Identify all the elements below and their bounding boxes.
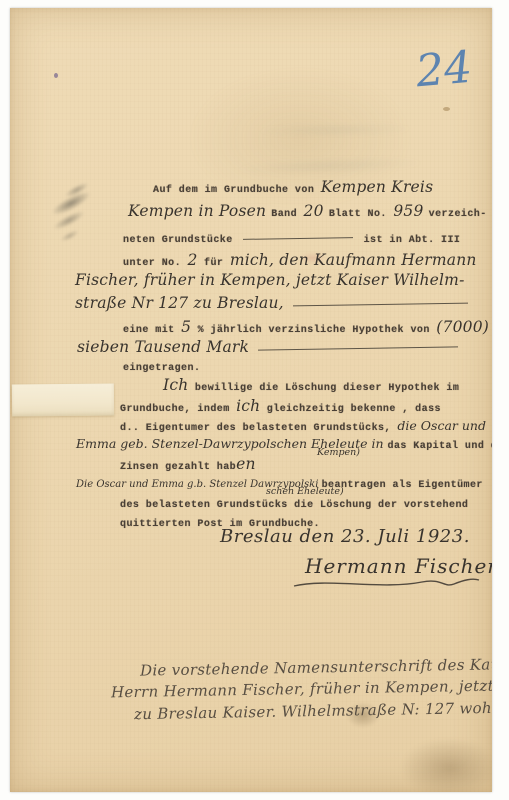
text-line: sieben Tausend Mark bbox=[77, 338, 462, 357]
handwritten-text: Hermann Fischer bbox=[305, 554, 492, 578]
scan-background: { "page": { "type": "scanned historical … bbox=[0, 0, 509, 800]
text-line: Emma geb. Stenzel-Dawrzypolschen Eheleut… bbox=[76, 435, 492, 453]
text-line: unter No. 2 für mich, den Kaufmann Herma… bbox=[123, 251, 477, 270]
handwritten-text: 5 bbox=[181, 318, 191, 336]
handwritten-text: en bbox=[236, 455, 256, 473]
typed-text: gleichzeitig bekenne , dass bbox=[260, 404, 441, 415]
text-line: Kempen in Posen Band 20 Blatt No. 959 ve… bbox=[128, 202, 487, 221]
handwritten-text: 2 bbox=[188, 251, 198, 269]
typed-text: Grundbuche, indem bbox=[120, 404, 236, 415]
handwritten-text: Ich bbox=[163, 376, 188, 394]
typed-text: als Eigentümer bbox=[386, 480, 483, 491]
text-line: Ich bewillige die Löschung dieser Hypoth… bbox=[163, 376, 459, 395]
typed-text: Blatt No. bbox=[329, 209, 394, 220]
text-line: straße Nr 127 zu Breslau, bbox=[75, 294, 472, 313]
handwritten-text: Herrn Hermann Fischer, früher in Kempen,… bbox=[111, 677, 492, 702]
text-line: d.. Eigentumer des belasteten Grundstück… bbox=[120, 417, 486, 435]
typed-text: das Kapital und die bbox=[388, 441, 493, 452]
typed-text: neten Grundstücke bbox=[123, 235, 239, 246]
typed-text: des belasteten Grundstücks die Löschung … bbox=[120, 500, 468, 511]
hand-drawn-line bbox=[243, 237, 353, 240]
signature: Hermann Fischer bbox=[305, 554, 492, 578]
typed-text: bewillige die Löschung dieser Hypothek i… bbox=[188, 383, 459, 394]
text-line: neten Grundstücke ist in Abt. III bbox=[123, 229, 460, 247]
typed-text: % jährlich verzinsliche Hypothek von bbox=[191, 325, 436, 336]
handwritten-text: Kempen Kreis bbox=[321, 178, 434, 196]
handwritten-insert: Kempen) bbox=[317, 447, 360, 458]
handwritten-text: (7000) bbox=[436, 318, 489, 336]
text-line: eingetragen. bbox=[123, 357, 200, 375]
text-line: Fischer, früher in Kempen, jetzt Kaiser … bbox=[75, 271, 465, 290]
handwritten-text: 20 bbox=[304, 202, 329, 220]
handwritten-text: mich, den Kaufmann Hermann bbox=[230, 251, 477, 269]
handwritten-text: zu Breslau Kaiser. Wilhelmstraße N: 127 … bbox=[134, 699, 492, 723]
handwritten-text: Fischer, früher in Kempen, jetzt Kaiser … bbox=[75, 271, 465, 289]
text-line: Zinsen gezahlt haben bbox=[120, 455, 256, 474]
notary-note-line: Herrn Hermann Fischer, früher in Kempen,… bbox=[111, 676, 492, 702]
typed-text: Zinsen gezahlt hab bbox=[120, 462, 236, 473]
handwritten-text: ich bbox=[236, 397, 260, 415]
typed-text: eine mit bbox=[123, 325, 181, 336]
text-line: Auf dem im Grundbuche von Kempen Kreis bbox=[153, 178, 433, 197]
handwritten-text: straße Nr 127 zu Breslau, bbox=[75, 294, 289, 312]
typed-text: verzeich- bbox=[429, 209, 487, 220]
handwritten-text: Kempen in Posen bbox=[128, 202, 271, 220]
document-page: 24 Auf dem im Grundbuche von Kempen Krei… bbox=[10, 8, 492, 792]
typed-text: unter No. bbox=[123, 258, 188, 269]
typed-text: für bbox=[198, 258, 230, 269]
typed-text: Auf dem im Grundbuche von bbox=[153, 185, 321, 196]
typed-text: Band bbox=[271, 209, 303, 220]
date-line: Breslau den 23. Juli 1923. bbox=[220, 526, 470, 547]
typed-text: eingetragen. bbox=[123, 363, 200, 374]
handwritten-insert: schen Eheleute) bbox=[266, 486, 344, 497]
typed-text: ist in Abt. III bbox=[357, 235, 460, 246]
handwritten-text: 959 bbox=[393, 202, 428, 220]
document-text: Auf dem im Grundbuche von Kempen KreisKe… bbox=[10, 8, 492, 792]
handwritten-text: Breslau den 23. Juli 1923. bbox=[220, 526, 470, 547]
typed-text: d.. Eigentumer des belasteten Grundstück… bbox=[120, 423, 397, 434]
text-line: Grundbuche, indem ich gleichzeitig beken… bbox=[120, 397, 441, 416]
handwritten-text: die Oscar und bbox=[397, 418, 486, 433]
hand-drawn-line bbox=[258, 346, 458, 350]
notary-note-line: zu Breslau Kaiser. Wilhelmstraße N: 127 … bbox=[134, 698, 492, 723]
hand-drawn-line bbox=[293, 303, 468, 307]
handwritten-text: sieben Tausend Mark bbox=[77, 338, 254, 356]
text-line: eine mit 5 % jährlich verzinsliche Hypot… bbox=[123, 318, 489, 337]
